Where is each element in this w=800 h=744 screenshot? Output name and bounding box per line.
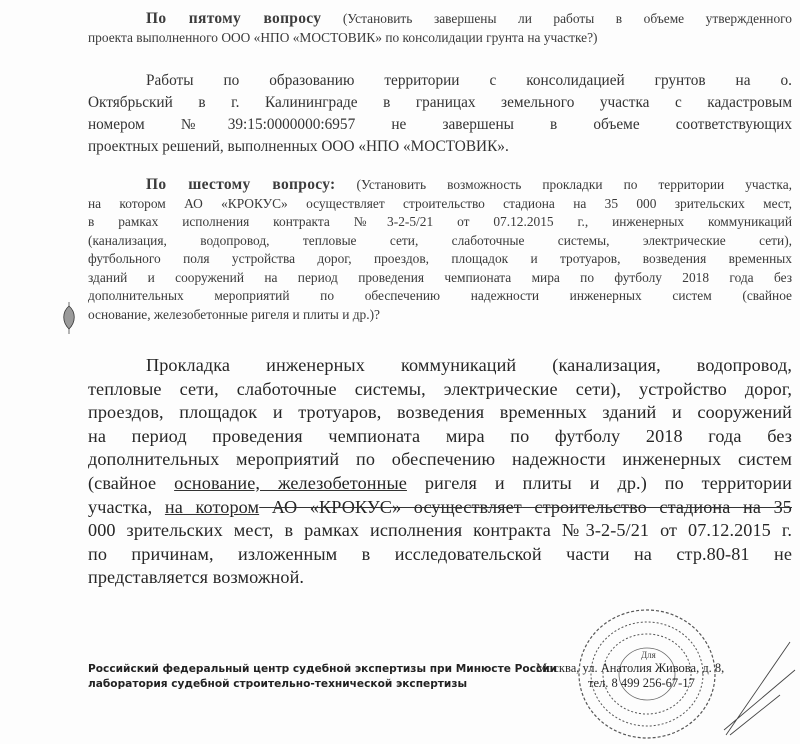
stamp-text: Для (641, 650, 656, 660)
answer-6-line: тепловые сети, слаботочные системы, элек… (88, 378, 792, 402)
answer-6-line: по причинам, изложенным в исследовательс… (88, 543, 792, 567)
answer-6-text: участка, (88, 497, 165, 517)
address-phone: тел. 8 499 256-67-17 (536, 676, 724, 691)
answer-6-line: Прокладка инженерных коммуникаций (канал… (88, 354, 792, 378)
answer-6-text: (свайное (88, 473, 174, 493)
underlined-text: основание, железобетонные (174, 473, 407, 493)
answer-6-text: ригеля и плиты и др.) по территории (407, 473, 792, 493)
question-5-text-line: (Установить завершены ли работы в объеме… (321, 11, 792, 26)
answer-5-line: проектных решений, выполненных ООО «НПО … (88, 136, 792, 158)
question-6-text-line: (Установить возможность прокладки по тер… (336, 177, 792, 192)
footer-address: Москва, ул. Анатолия Живова, д. 8, тел. … (536, 661, 724, 691)
question-5-heading: По пятому вопросу (146, 10, 321, 27)
question-6-text-line: на котором АО «КРОКУС» осуществляет стро… (88, 195, 792, 214)
struck-through-text: АО «КРОКУС» осуществляет строительство с… (259, 497, 792, 517)
signature-mark-icon (720, 640, 800, 740)
answer-6-line: дополнительных мероприятий по обеспечени… (88, 448, 792, 472)
question-6-text-line: дополнительных мероприятий по обеспечени… (88, 287, 792, 306)
question-6: По шестому вопросу: (Установить возможно… (88, 176, 792, 324)
question-5: По пятому вопросу (Установить завершены … (88, 10, 792, 47)
answer-6-line: участка, на котором АО «КРОКУС» осуществ… (88, 496, 792, 520)
question-6-text-line: в рамках исполнения контракта №3-2-5/21 … (88, 213, 792, 232)
address-street: Москва, ул. Анатолия Живова, д. 8, (536, 661, 724, 676)
document-page: По пятому вопросу (Установить завершены … (0, 0, 800, 744)
answer-6-line: представляется возможной. (88, 566, 792, 590)
organization-name: Российский федеральный центр судебной эк… (88, 662, 557, 677)
footer-organization: Российский федеральный центр судебной эк… (88, 662, 557, 692)
answer-6-line: 000 зрительских мест, в рамках исполнени… (88, 519, 792, 543)
question-6-text-line: (канализация, водопровод, тепловые сети,… (88, 232, 792, 251)
answer-5-line: номером №39:15:0000000:6957 не завершены… (88, 114, 792, 136)
question-6-text-line: футбольного поля устройства дорог, проез… (88, 250, 792, 269)
margin-leaf-mark-icon (61, 302, 77, 334)
answer-5: Работы по образованию территории с консо… (88, 70, 792, 158)
question-6-heading: По шестому вопросу: (146, 176, 336, 193)
question-6-text-line: зданий и сооружений на период проведения… (88, 269, 792, 288)
answer-6-line: проездов, площадок и тротуаров, возведен… (88, 401, 792, 425)
answer-5-line: Работы по образованию территории с консо… (88, 70, 792, 92)
answer-6-line: на период проведения чемпионата мира по … (88, 425, 792, 449)
question-6-text-line: основание, железобетонные ригеля и плиты… (88, 306, 792, 325)
underlined-text: на котором (165, 497, 259, 517)
answer-6: Прокладка инженерных коммуникаций (канал… (88, 354, 792, 590)
laboratory-name: лаборатория судебной строительно-техниче… (88, 677, 557, 692)
answer-6-line: (свайное основание, железобетонные ригел… (88, 472, 792, 496)
question-5-text-line: проекта выполненного ООО «НПО «МОСТОВИК»… (88, 29, 792, 48)
answer-5-line: Октябрьский в г. Калининграде в границах… (88, 92, 792, 114)
